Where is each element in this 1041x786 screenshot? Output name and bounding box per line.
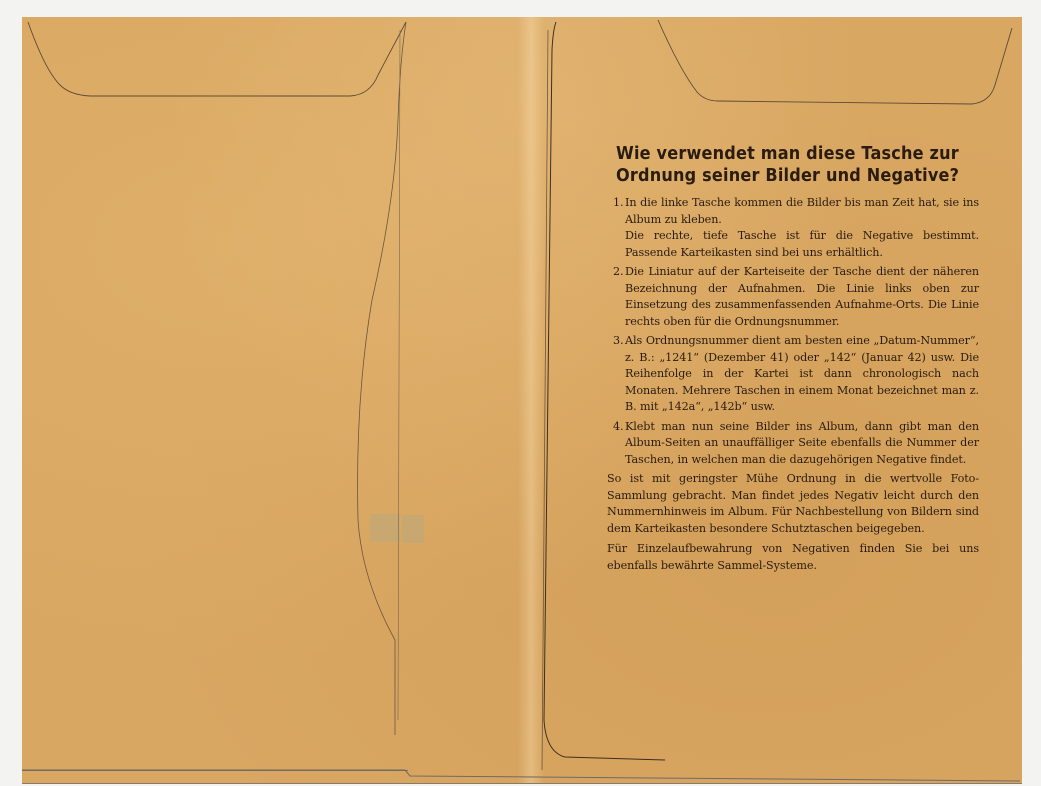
heading-line: Ordnung seiner Bilder und Negative? bbox=[616, 165, 989, 187]
item-text: In die linke Tasche kommen die Bilder bi… bbox=[625, 195, 979, 228]
instruction-item: 3. Als Ordnungsnummer dient am besten ei… bbox=[607, 333, 979, 416]
paragraph-text: Für Einzelaufbewahrung von Negativen fin… bbox=[607, 541, 979, 574]
paragraph-text: So ist mit geringster Mühe Ordnung in di… bbox=[607, 471, 979, 537]
stain bbox=[370, 514, 400, 542]
item-text: Die Liniatur auf der Karteiseite der Tas… bbox=[625, 264, 979, 330]
instructions-text: Wie verwendet man diese Tasche zur Ordnu… bbox=[607, 143, 979, 578]
left-pocket bbox=[22, 17, 408, 771]
item-number: 2. bbox=[613, 264, 623, 281]
heading-line: Wie verwendet man diese Tasche zur bbox=[616, 143, 989, 165]
envelope-spine-fold bbox=[518, 17, 544, 783]
item-number: 1. bbox=[613, 195, 623, 212]
page-title: Wie verwendet man diese Tasche zur Ordnu… bbox=[616, 143, 989, 187]
closing-paragraph: Für Einzelaufbewahrung von Negativen fin… bbox=[607, 541, 979, 574]
item-number: 3. bbox=[613, 333, 623, 350]
instruction-item: 2. Die Liniatur auf der Karteiseite der … bbox=[607, 264, 979, 330]
item-text: Als Ordnungsnummer dient am besten eine … bbox=[625, 333, 979, 416]
instruction-item: 1. In die linke Tasche kommen die Bilder… bbox=[607, 195, 979, 261]
stain bbox=[402, 515, 424, 543]
item-text: Klebt man nun seine Bilder ins Album, da… bbox=[625, 419, 979, 469]
item-number: 4. bbox=[613, 419, 623, 436]
closing-paragraph: So ist mit geringster Mühe Ordnung in di… bbox=[607, 471, 979, 537]
instruction-item: 4. Klebt man nun seine Bilder ins Album,… bbox=[607, 419, 979, 469]
item-text: Die rechte, tiefe Tasche ist für die Neg… bbox=[625, 228, 979, 261]
